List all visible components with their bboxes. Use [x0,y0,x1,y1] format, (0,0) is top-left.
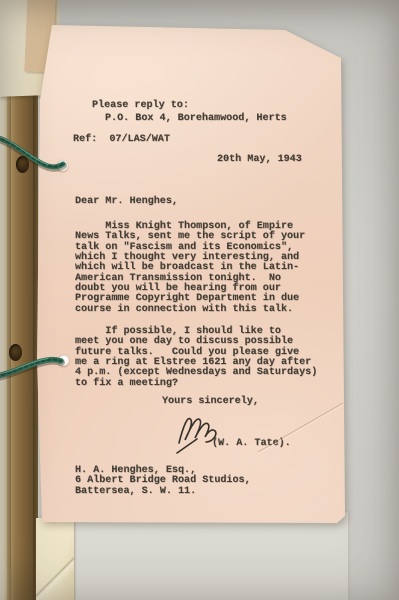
archive-letter-photo: Please reply to: P.O. Box 4, Borehamwood… [0,0,399,600]
reference-line: Ref: 07/LAS/WAT [73,135,170,145]
closing-line: Yours sincerely, [162,397,259,407]
reply-to-address: P.O. Box 4, Borehamwood, Herts [105,114,287,124]
album-page-under-letter [70,512,348,600]
recipient-address: H. A. Henghes, Esq., 6 Albert Bridge Roa… [75,466,251,497]
punch-hole-bottom [58,355,69,366]
date-line: 20th May, 1943 [217,155,302,165]
punch-hole-top [57,160,68,171]
salutation: Dear Mr. Henghes, [75,197,178,207]
body-paragraph-2: If possible, I should like to meet you o… [75,327,317,389]
spine-hole-bottom [9,344,22,361]
reply-to-label: Please reply to: [92,101,189,111]
cream-page-fold-line [36,556,74,600]
signed-name-line: (W. A. Tate). [212,439,291,449]
spine-hole-top [16,156,29,173]
letter-paper: Please reply to: P.O. Box 4, Borehamwood… [37,25,345,523]
letter-paper-wrap: Please reply to: P.O. Box 4, Borehamwood… [37,25,345,523]
body-paragraph-1: Miss Knight Thompson, of Empire News Tal… [75,222,305,315]
